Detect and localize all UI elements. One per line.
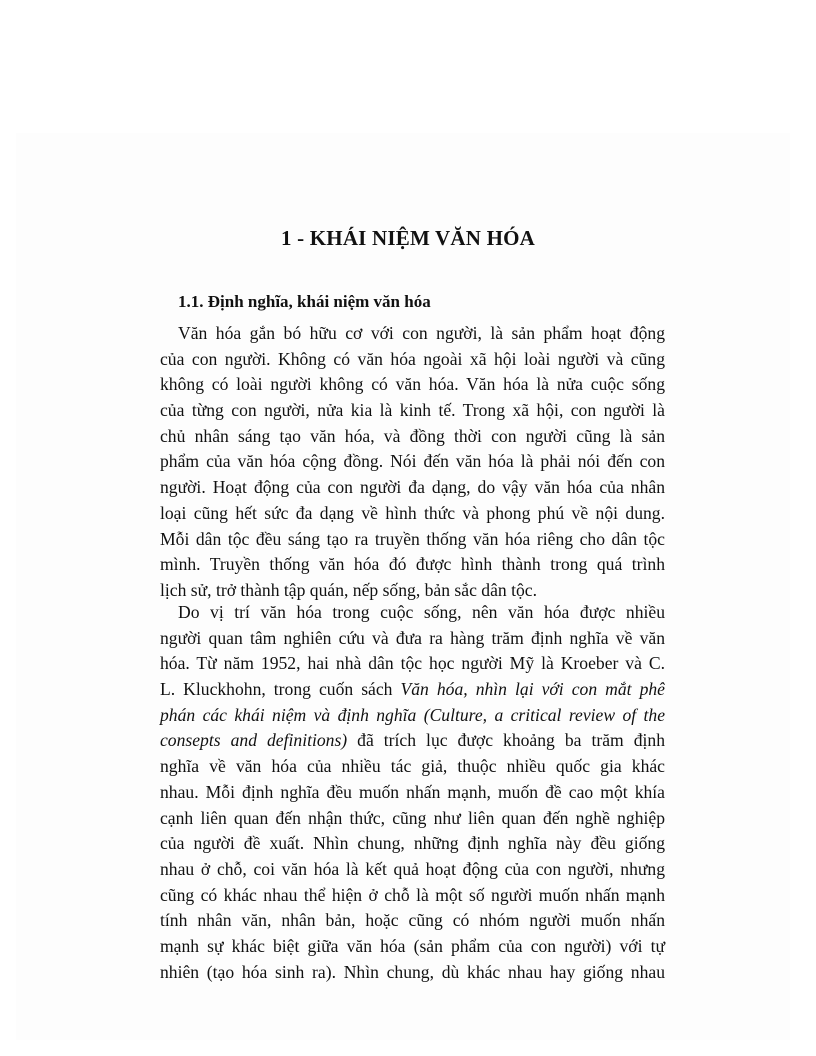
text-line: không có loài người không có văn hóa. Vă… <box>160 372 665 398</box>
text-line-mixed: consepts and definitions) đã trích lục đ… <box>160 728 665 754</box>
text-line: Do vị trí văn hóa trong cuộc sống, nên v… <box>160 600 665 626</box>
text-line: chủ nhân sáng tạo văn hóa, và đồng thời … <box>160 424 665 450</box>
text-line: loại cũng hết sức đa dạng về hình thức v… <box>160 501 665 527</box>
plain-text: L. Kluckhohn, trong cuốn sách <box>160 679 401 699</box>
text-line: người quan tâm nghiên cứu và đưa ra hàng… <box>160 626 665 652</box>
text-line: người. Hoạt động của con người đa dạng, … <box>160 475 665 501</box>
text-line: mạnh sự khác biệt giữa văn hóa (sản phẩm… <box>160 934 665 960</box>
book-title-italic: phán các khái niệm và định nghĩa (Cultur… <box>160 705 665 725</box>
plain-text: đã trích lục được khoảng ba trăm định <box>347 730 665 750</box>
text-line: hóa. Từ năm 1952, hai nhà dân tộc học ng… <box>160 651 665 677</box>
book-title-italic: consepts and definitions) <box>160 730 347 750</box>
text-line: cũng có khác nhau thể hiện ở chỗ là một … <box>160 883 665 909</box>
book-title-italic: Văn hóa, nhìn lại với con mắt phê <box>401 679 666 699</box>
text-line: cạnh liên quan đến nhận thức, cũng như l… <box>160 806 665 832</box>
text-line: của con người. Không có văn hóa ngoài xã… <box>160 347 665 373</box>
text-line: mình. Truyền thống văn hóa đó được hình … <box>160 552 665 578</box>
text-line: nhiên (tạo hóa sinh ra). Nhìn chung, dù … <box>160 960 665 986</box>
paragraph-2: Do vị trí văn hóa trong cuộc sống, nên v… <box>160 600 665 985</box>
text-line: Văn hóa gắn bó hữu cơ với con người, là … <box>160 321 665 347</box>
section-heading: 1.1. Định nghĩa, khái niệm văn hóa <box>178 291 431 313</box>
text-line: tính nhân văn, nhân bản, hoặc cũng có nh… <box>160 908 665 934</box>
text-line: nghĩa về văn hóa của nhiều tác giả, thuộ… <box>160 754 665 780</box>
text-line: nhau. Mỗi định nghĩa đều muốn nhấn mạnh,… <box>160 780 665 806</box>
paragraph-1: Văn hóa gắn bó hữu cơ với con người, là … <box>160 321 665 604</box>
text-line-mixed: L. Kluckhohn, trong cuốn sách Văn hóa, n… <box>160 677 665 703</box>
text-line: nhau ở chỗ, coi văn hóa là kết quả hoạt … <box>160 857 665 883</box>
chapter-title: 1 - KHÁI NIỆM VĂN HÓA <box>0 224 816 252</box>
text-line-italic: phán các khái niệm và định nghĩa (Cultur… <box>160 703 665 729</box>
text-line: của từng con người, nửa kia là kinh tế. … <box>160 398 665 424</box>
text-line: của người đề xuất. Nhìn chung, những địn… <box>160 831 665 857</box>
text-line: phẩm của văn hóa cộng đồng. Nói đến văn … <box>160 449 665 475</box>
text-line: Mỗi dân tộc đều sáng tạo ra truyền thống… <box>160 527 665 553</box>
